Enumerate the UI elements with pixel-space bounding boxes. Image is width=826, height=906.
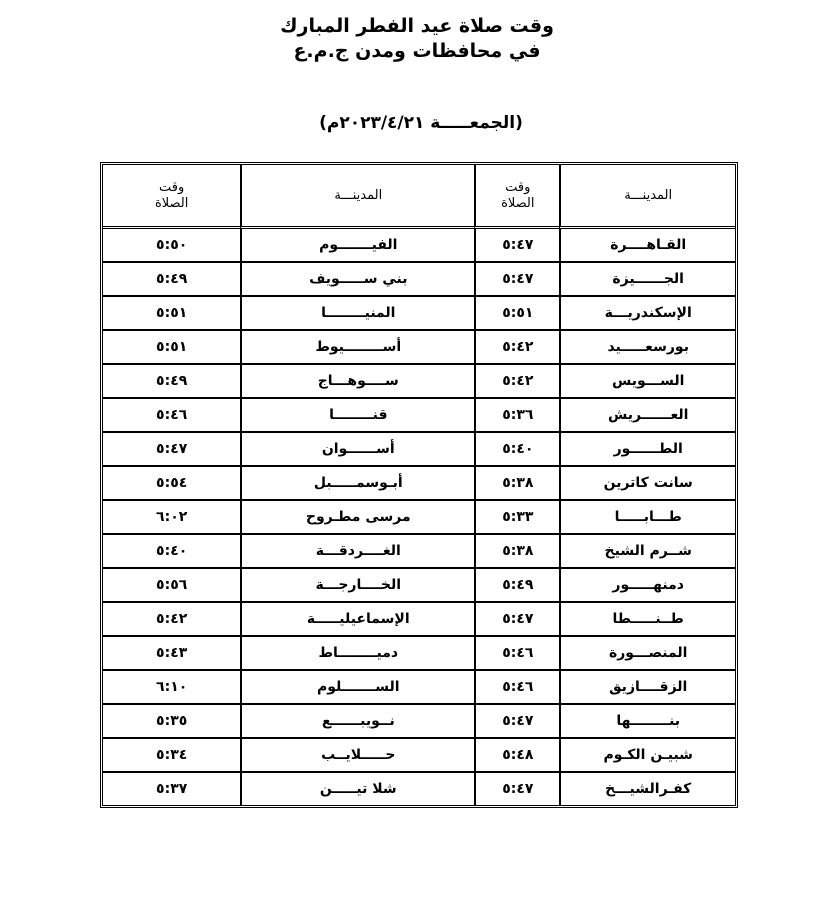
time-cell-left: ٦:١٠ xyxy=(103,671,240,705)
city-cell-left: الغــــردقـــة xyxy=(240,535,474,569)
time-cell-left: ٥:٤٠ xyxy=(103,535,240,569)
header-time-line2: الصلاة xyxy=(476,196,559,212)
date-line: (الجمعـــــة ٢٠٢٣/٤/٢١م) xyxy=(0,111,826,135)
table-body: القـاهــــرة٥:٤٧الفيـــــــوم٥:٥٠الجــــ… xyxy=(103,229,735,805)
city-cell-right: سانت كاترين xyxy=(559,467,735,501)
table-row: سانت كاترين٥:٣٨أبـوسمـــــبل٥:٥٤ xyxy=(103,467,735,501)
title-line-2: في محافظات ومدن ج.م.ع xyxy=(0,39,826,64)
time-cell-right: ٥:٤٦ xyxy=(474,671,559,705)
city-cell-left: أســــــــيوط xyxy=(240,331,474,365)
city-cell-left: الإسماعيليـــــة xyxy=(240,603,474,637)
table-row: طـــابـــــا٥:٣٣مرسى مطـروح٦:٠٢ xyxy=(103,501,735,535)
header-time-left: وقت الصلاة xyxy=(103,165,240,229)
table-row: الســـويس٥:٤٢ســــوهـــاج٥:٤٩ xyxy=(103,365,735,399)
city-cell-right: شــرم الشيخ xyxy=(559,535,735,569)
time-cell-left: ٥:٤٦ xyxy=(103,399,240,433)
table-row: بنــــــــها٥:٤٧نــويبــــــع٥:٣٥ xyxy=(103,705,735,739)
table-header-row: المدينـــة وقت الصلاة المدينـــة وقت الص… xyxy=(103,165,735,229)
time-cell-right: ٥:٤٨ xyxy=(474,739,559,773)
time-cell-left: ٥:٣٧ xyxy=(103,773,240,805)
city-cell-left: حـــــلايــب xyxy=(240,739,474,773)
header-city-right: المدينـــة xyxy=(559,165,735,229)
title-line-1: وقت صلاة عيد الفطر المبارك xyxy=(0,14,826,39)
city-cell-left: بني ســـــويف xyxy=(240,263,474,297)
time-cell-left: ٥:٣٥ xyxy=(103,705,240,739)
city-cell-left: دميــــــــاط xyxy=(240,637,474,671)
time-cell-left: ٥:٥٦ xyxy=(103,569,240,603)
header-time-line1: وقت xyxy=(103,180,240,196)
table-row: العــــــريش٥:٣٦قنــــــــا٥:٤٦ xyxy=(103,399,735,433)
time-cell-right: ٥:٤٩ xyxy=(474,569,559,603)
city-cell-left: الفيـــــــوم xyxy=(240,229,474,263)
table-row: المنصـــورة٥:٤٦دميــــــــاط٥:٤٣ xyxy=(103,637,735,671)
time-cell-left: ٥:٥١ xyxy=(103,297,240,331)
table-row: القـاهــــرة٥:٤٧الفيـــــــوم٥:٥٠ xyxy=(103,229,735,263)
city-cell-left: قنــــــــا xyxy=(240,399,474,433)
city-cell-right: القـاهــــرة xyxy=(559,229,735,263)
header-city-left: المدينـــة xyxy=(240,165,474,229)
city-cell-left: مرسى مطـروح xyxy=(240,501,474,535)
time-cell-left: ٥:٥٤ xyxy=(103,467,240,501)
city-cell-left: أبـوسمـــــبل xyxy=(240,467,474,501)
city-cell-right: بنــــــــها xyxy=(559,705,735,739)
city-cell-left: أســــــوان xyxy=(240,433,474,467)
header-time-line2: الصلاة xyxy=(103,196,240,212)
table-row: بورسعـــــيد٥:٤٢أســــــــيوط٥:٥١ xyxy=(103,331,735,365)
time-cell-right: ٥:٣٨ xyxy=(474,535,559,569)
table-row: دمنهـــــور٥:٤٩الخــــارجـــة٥:٥٦ xyxy=(103,569,735,603)
time-cell-right: ٥:٤٦ xyxy=(474,637,559,671)
city-cell-right: شبيـن الكـوم xyxy=(559,739,735,773)
city-cell-right: الزقــــازيق xyxy=(559,671,735,705)
city-cell-left: ســــوهـــاج xyxy=(240,365,474,399)
table-row: الجــــــيزة٥:٤٧بني ســـــويف٥:٤٩ xyxy=(103,263,735,297)
time-cell-right: ٥:٥١ xyxy=(474,297,559,331)
city-cell-right: المنصـــورة xyxy=(559,637,735,671)
document-title: وقت صلاة عيد الفطر المبارك في محافظات وم… xyxy=(0,14,826,64)
time-cell-right: ٥:٤٧ xyxy=(474,603,559,637)
city-cell-left: الســـــــلوم xyxy=(240,671,474,705)
time-cell-left: ٥:٤٩ xyxy=(103,263,240,297)
table-row: كفـرالشيـــخ٥:٤٧شلا تيـــــن٥:٣٧ xyxy=(103,773,735,805)
time-cell-right: ٥:٤٧ xyxy=(474,229,559,263)
time-cell-right: ٥:٤٧ xyxy=(474,773,559,805)
time-cell-left: ٥:٥٠ xyxy=(103,229,240,263)
table-row: الطــــــور٥:٤٠أســــــوان٥:٤٧ xyxy=(103,433,735,467)
table-row: شبيـن الكـوم٥:٤٨حـــــلايــب٥:٣٤ xyxy=(103,739,735,773)
time-cell-left: ٦:٠٢ xyxy=(103,501,240,535)
header-time-line1: وقت xyxy=(476,180,559,196)
prayer-times-table: المدينـــة وقت الصلاة المدينـــة وقت الص… xyxy=(100,162,738,808)
time-cell-right: ٥:٤٧ xyxy=(474,263,559,297)
city-cell-right: الطــــــور xyxy=(559,433,735,467)
city-cell-right: الإسكندريـــة xyxy=(559,297,735,331)
time-cell-right: ٥:٤٢ xyxy=(474,331,559,365)
city-cell-right: العــــــريش xyxy=(559,399,735,433)
city-cell-left: المنيــــــــا xyxy=(240,297,474,331)
city-cell-right: طــنـــــطا xyxy=(559,603,735,637)
time-cell-right: ٥:٣٦ xyxy=(474,399,559,433)
city-cell-left: الخــــارجـــة xyxy=(240,569,474,603)
time-cell-left: ٥:٤٣ xyxy=(103,637,240,671)
time-cell-left: ٥:٥١ xyxy=(103,331,240,365)
table-row: شــرم الشيخ٥:٣٨الغــــردقـــة٥:٤٠ xyxy=(103,535,735,569)
city-cell-right: الجــــــيزة xyxy=(559,263,735,297)
table-row: الزقــــازيق٥:٤٦الســـــــلوم٦:١٠ xyxy=(103,671,735,705)
table-row: طــنـــــطا٥:٤٧الإسماعيليـــــة٥:٤٢ xyxy=(103,603,735,637)
time-cell-left: ٥:٣٤ xyxy=(103,739,240,773)
time-cell-left: ٥:٤٧ xyxy=(103,433,240,467)
city-cell-left: شلا تيـــــن xyxy=(240,773,474,805)
table-row: الإسكندريـــة٥:٥١المنيــــــــا٥:٥١ xyxy=(103,297,735,331)
city-cell-right: بورسعـــــيد xyxy=(559,331,735,365)
time-cell-left: ٥:٤٩ xyxy=(103,365,240,399)
time-cell-right: ٥:٤٢ xyxy=(474,365,559,399)
city-cell-right: دمنهـــــور xyxy=(559,569,735,603)
city-cell-right: الســـويس xyxy=(559,365,735,399)
header-time-right: وقت الصلاة xyxy=(474,165,559,229)
city-cell-right: طـــابـــــا xyxy=(559,501,735,535)
time-cell-left: ٥:٤٢ xyxy=(103,603,240,637)
city-cell-right: كفـرالشيـــخ xyxy=(559,773,735,805)
time-cell-right: ٥:٤٧ xyxy=(474,705,559,739)
time-cell-right: ٥:٤٠ xyxy=(474,433,559,467)
time-cell-right: ٥:٣٨ xyxy=(474,467,559,501)
time-cell-right: ٥:٣٣ xyxy=(474,501,559,535)
city-cell-left: نــويبــــــع xyxy=(240,705,474,739)
